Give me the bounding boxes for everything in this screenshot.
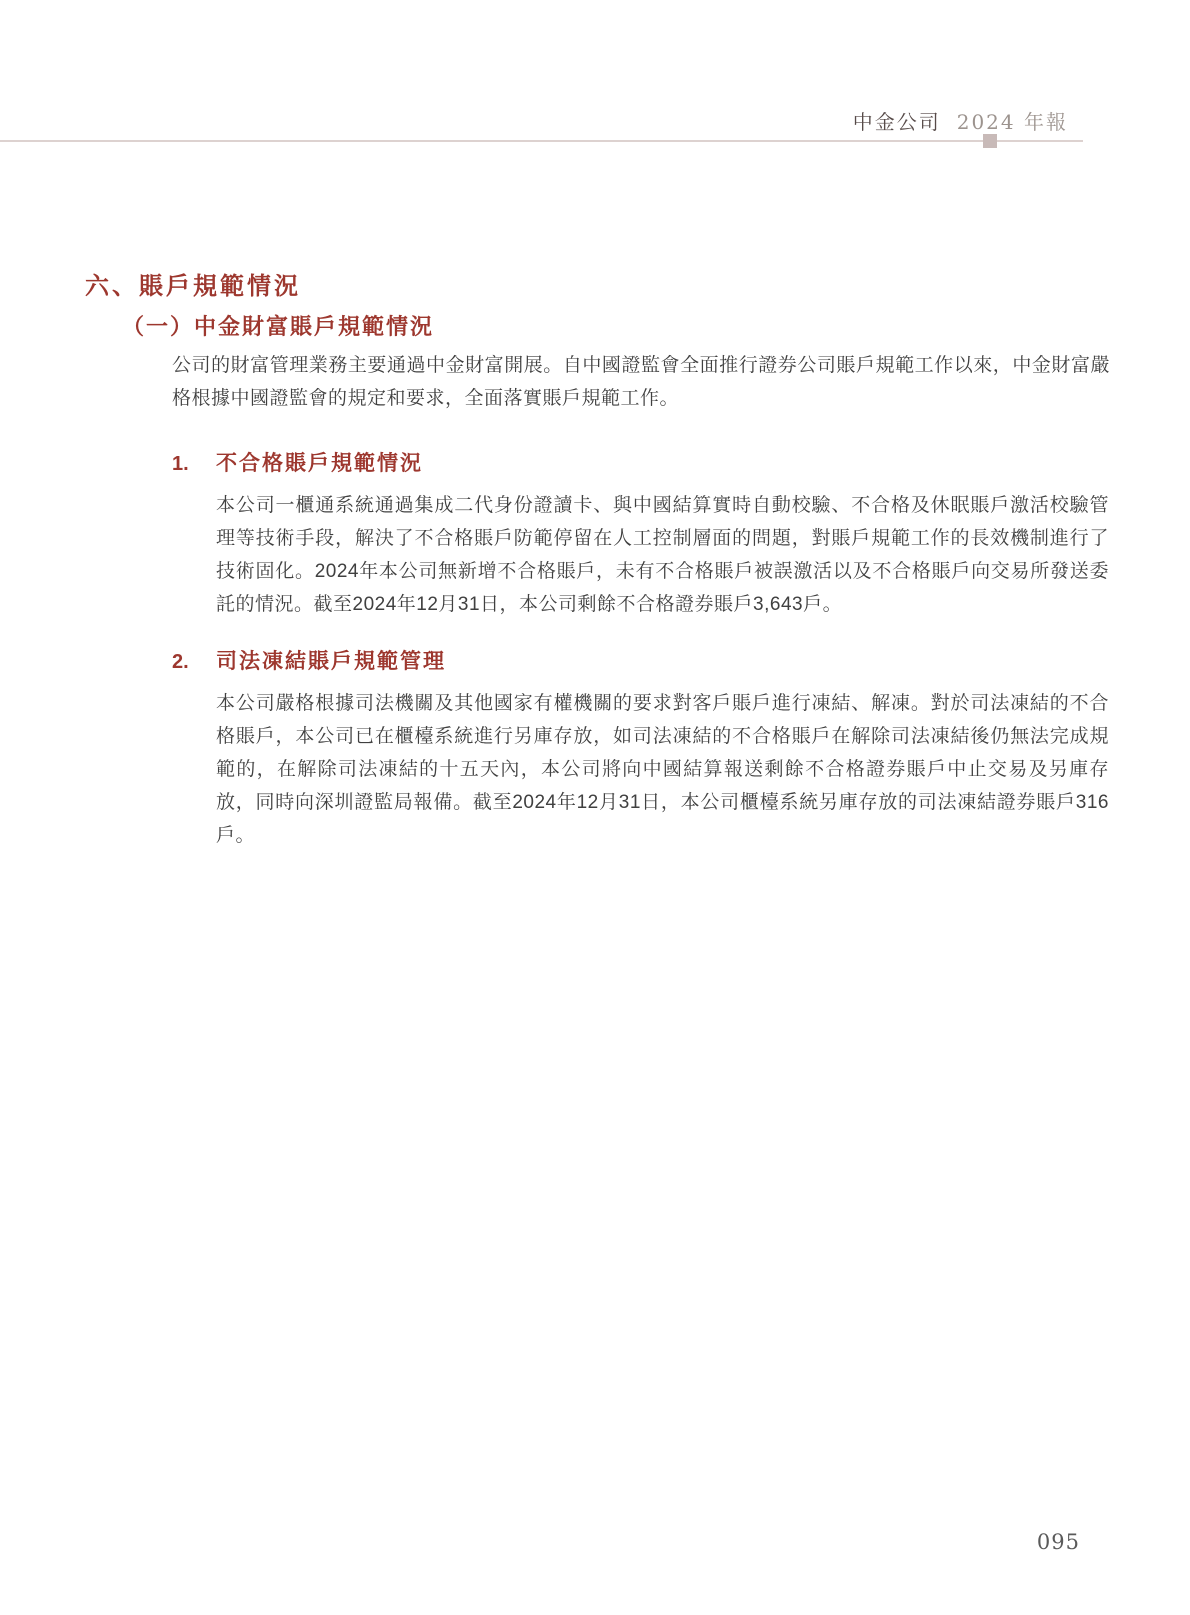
item-1-heading: 1. 不合格賬戶規範情況 bbox=[172, 447, 1110, 477]
item-1-title: 不合格賬戶規範情況 bbox=[216, 447, 423, 477]
numbered-item-1: 1. 不合格賬戶規範情況 本公司一櫃通系統通過集成二代身份證讀卡、與中國結算實時… bbox=[172, 447, 1110, 621]
item-2-number: 2. bbox=[172, 651, 216, 674]
section-title: 六、賬戶規範情況 bbox=[85, 266, 301, 301]
item-1-number: 1. bbox=[172, 453, 216, 476]
page-header: 中金公司2024 年報 bbox=[853, 106, 1068, 135]
item-2-body: 本公司嚴格根據司法機關及其他國家有權機關的要求對客戶賬戶進行凍結、解凍。對於司法… bbox=[216, 687, 1109, 852]
numbered-item-2: 2. 司法凍結賬戶規範管理 本公司嚴格根據司法機關及其他國家有權機關的要求對客戶… bbox=[172, 645, 1110, 852]
intro-paragraph: 公司的財富管理業務主要通過中金財富開展。自中國證監會全面推行證券公司賬戶規範工作… bbox=[172, 349, 1110, 415]
report-year: 2024 年報 bbox=[957, 110, 1068, 134]
subsection-title: （一）中金財富賬戶規範情況 bbox=[122, 310, 434, 341]
company-name: 中金公司 bbox=[853, 110, 941, 134]
page-number: 095 bbox=[1037, 1530, 1080, 1554]
report-page: 中金公司2024 年報 六、賬戶規範情況 （一）中金財富賬戶規範情況 公司的財富… bbox=[0, 0, 1190, 1615]
item-2-heading: 2. 司法凍結賬戶規範管理 bbox=[172, 645, 1110, 675]
item-1-body: 本公司一櫃通系統通過集成二代身份證讀卡、與中國結算實時自動校驗、不合格及休眠賬戶… bbox=[216, 489, 1109, 621]
item-2-title: 司法凍結賬戶規範管理 bbox=[216, 645, 446, 675]
header-rule-line bbox=[0, 140, 1083, 142]
header-rule-square-marker bbox=[983, 134, 997, 148]
